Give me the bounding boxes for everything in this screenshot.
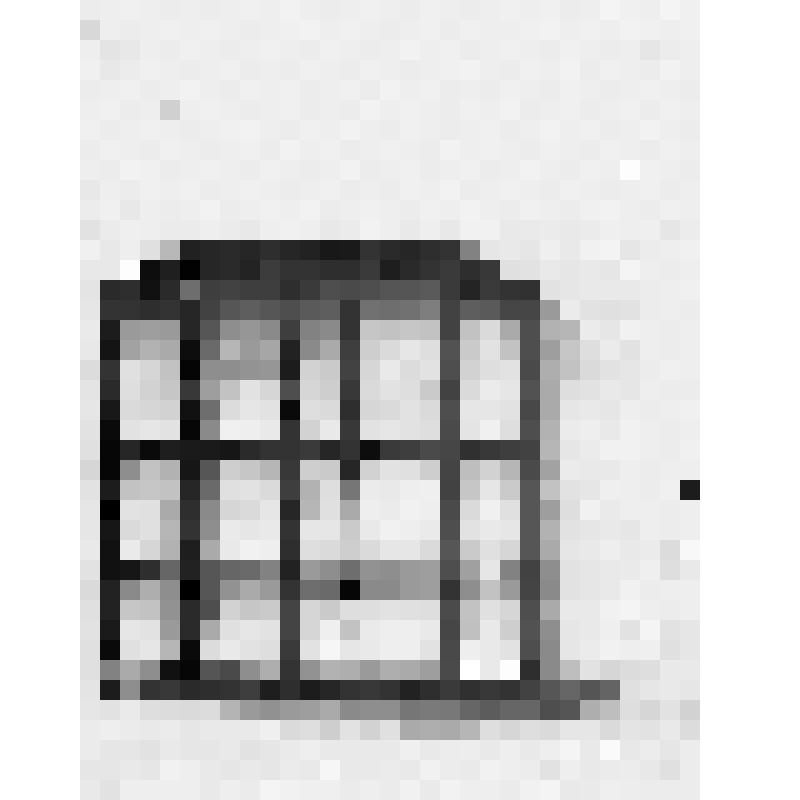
pixel-image-canvas [0, 0, 800, 800]
pixelated-grayscale-image [0, 0, 800, 800]
